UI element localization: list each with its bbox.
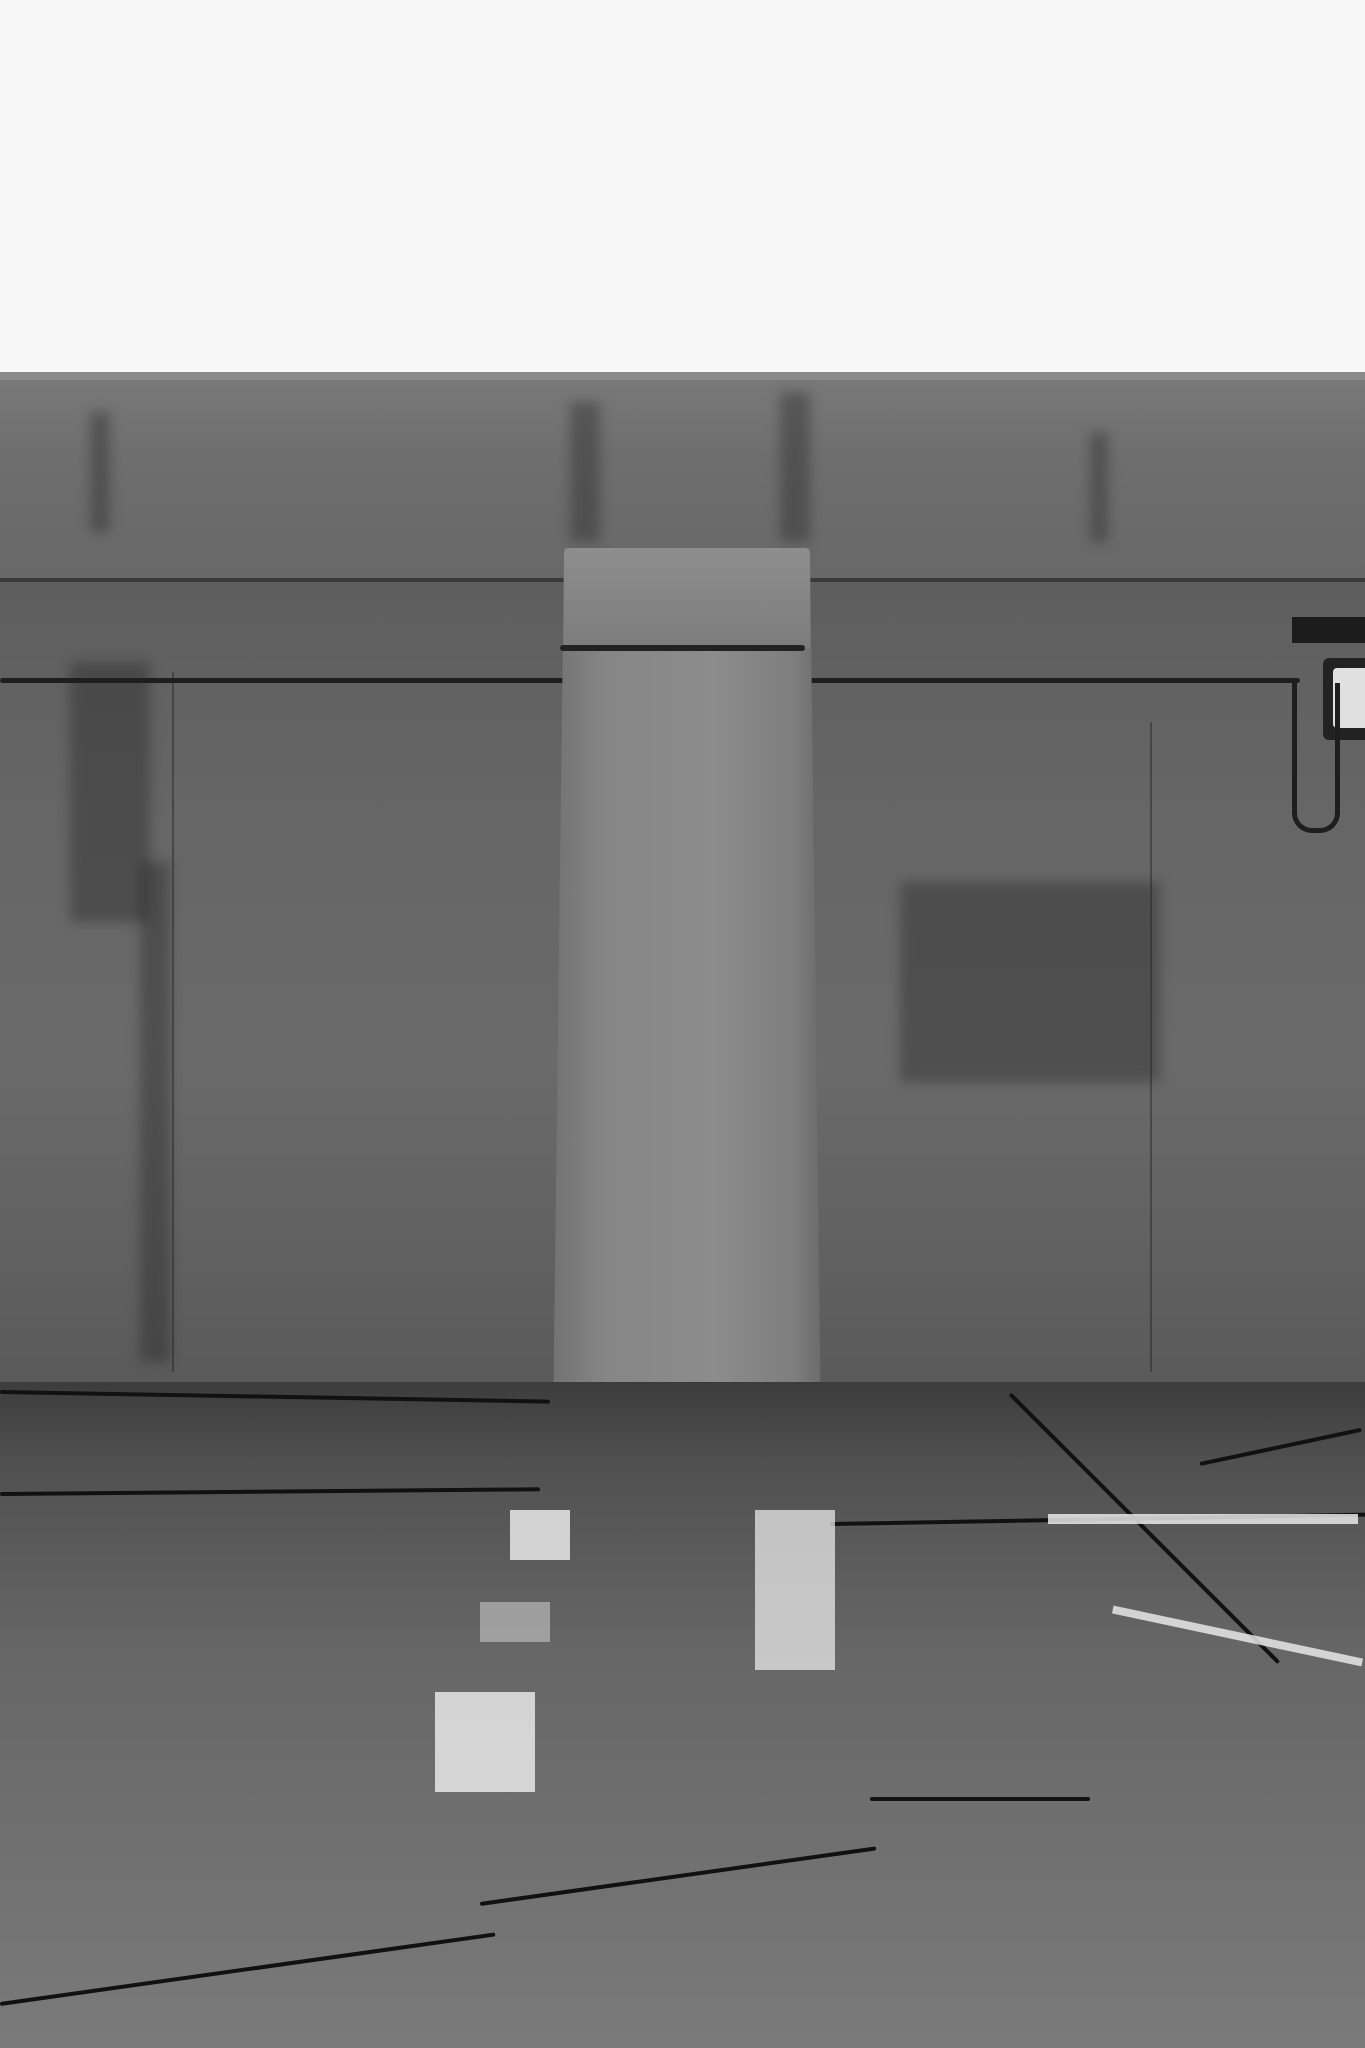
concrete-pillar: [552, 548, 822, 1508]
pavement-crack: [480, 1846, 877, 1906]
pillar-cap: [564, 548, 810, 648]
lamp-hood: [1292, 617, 1365, 643]
painted-line: [480, 1602, 550, 1642]
pavement-crack: [1009, 1393, 1281, 1665]
pavement-crack: [0, 1487, 540, 1496]
painted-line: [1048, 1514, 1358, 1524]
cracked-pavement: [0, 1382, 1365, 2048]
wall-stain: [90, 412, 110, 532]
painted-line: [755, 1510, 835, 1670]
sky: [0, 0, 1365, 372]
wall-stain: [780, 392, 810, 542]
lamp-cable: [1292, 683, 1340, 833]
wall-joint: [1150, 722, 1152, 1372]
wall-stain: [570, 402, 600, 542]
painted-line: [1112, 1606, 1363, 1667]
painted-line: [510, 1510, 570, 1560]
wall-joint: [172, 672, 174, 1372]
pavement-crack: [1200, 1428, 1362, 1466]
wall-stain: [140, 862, 170, 1362]
wall-stain: [70, 662, 150, 922]
pillar-cable: [560, 645, 805, 651]
pavement-crack: [870, 1797, 1090, 1801]
painted-line: [435, 1692, 535, 1792]
wall-stain: [1090, 432, 1108, 542]
pavement-crack: [0, 1390, 550, 1404]
wall-stain: [900, 882, 1160, 1082]
pavement-crack: [0, 1932, 495, 2006]
